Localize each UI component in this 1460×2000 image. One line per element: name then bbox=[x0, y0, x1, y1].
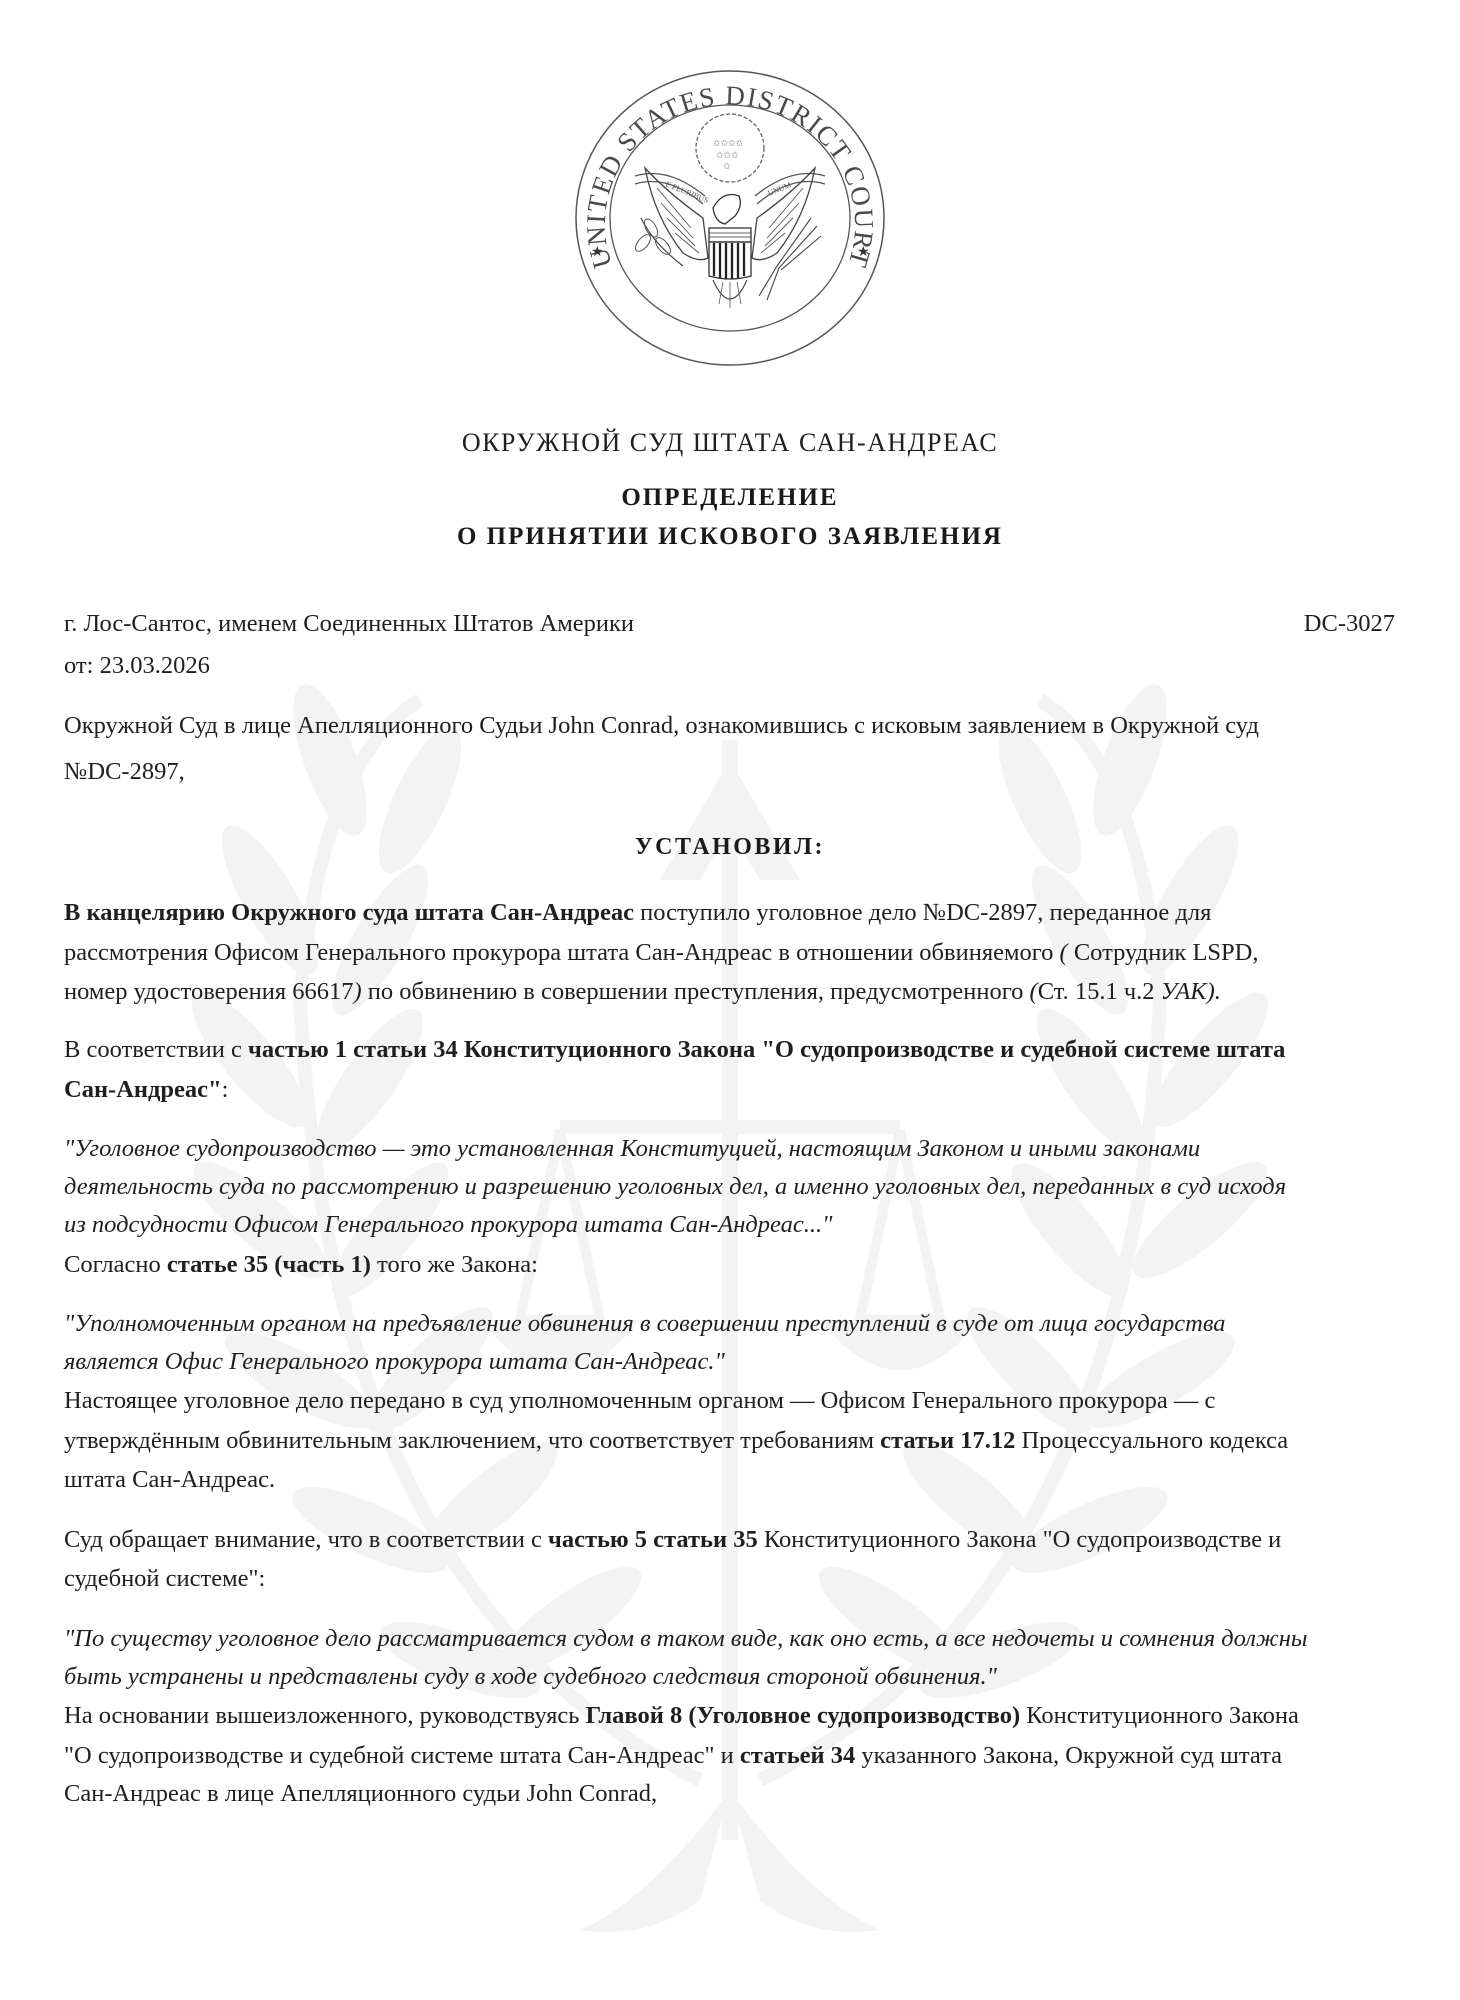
date-value: 23.03.2026 bbox=[100, 652, 210, 679]
court-seal-eagle-icon: UNITED STATES DISTRICT COURT ★ ★ ✩✩✩✩ ✩✩… bbox=[573, 68, 887, 368]
svg-text:✩✩✩✩: ✩✩✩✩ bbox=[713, 138, 744, 148]
quote-text: "Уголовное судопроизводство — это устано… bbox=[64, 1135, 1200, 1162]
p5-line1: Суд обращает внимание, что в соответстви… bbox=[64, 1526, 1281, 1554]
p6-text: Конституционного Закона bbox=[1020, 1702, 1299, 1729]
p1-line2: рассмотрения Офисом Генерального прокуро… bbox=[64, 939, 1259, 967]
svg-text:✩✩✩: ✩✩✩ bbox=[716, 150, 739, 160]
quote2-line1: "Уполномоченным органом на предъявление … bbox=[64, 1310, 1226, 1338]
quote-text: быть устранены и представлены суду в ход… bbox=[64, 1663, 997, 1690]
p1-line1: В канцелярию Окружного суда штата Сан-Ан… bbox=[64, 899, 1211, 927]
p1-text: рассмотрения Офисом Генерального прокуро… bbox=[64, 939, 1060, 966]
quote3-line1: "По существу уголовное дело рассматривае… bbox=[64, 1625, 1308, 1653]
p4-text: Процессуального кодекса bbox=[1015, 1427, 1288, 1454]
p5-text: Конституционного Закона "О судопроизводс… bbox=[758, 1526, 1282, 1553]
p6-line1: На основании вышеизложенного, руководств… bbox=[64, 1702, 1299, 1730]
p6-text: На основании вышеизложенного, руководств… bbox=[64, 1702, 586, 1729]
quote-text: является Офис Генерального прокурора шта… bbox=[64, 1348, 725, 1375]
p6-text: указанного Закона, Окружной суд штата bbox=[855, 1742, 1282, 1769]
svg-text:★: ★ bbox=[591, 245, 604, 260]
quote1-line2: деятельность суда по рассмотрению и разр… bbox=[64, 1173, 1286, 1201]
p1-paren: ( bbox=[1060, 939, 1068, 966]
p2-bold: Сан-Андреас" bbox=[64, 1076, 222, 1103]
p1-bold: В канцелярию Окружного суда штата Сан-Ан… bbox=[64, 899, 634, 926]
document-title: ОПРЕДЕЛЕНИЕ О ПРИНЯТИИ ИСКОВОГО ЗАЯВЛЕНИ… bbox=[0, 478, 1460, 556]
quote-text: из подсудности Офисом Генерального проку… bbox=[64, 1211, 832, 1238]
p5-text: Суд обращает внимание, что в соответстви… bbox=[64, 1526, 548, 1553]
p6-bold: Главой 8 (Уголовное судопроизводство) bbox=[586, 1702, 1021, 1729]
quote1-line1: "Уголовное судопроизводство — это устано… bbox=[64, 1135, 1200, 1163]
quote2-line2: является Офис Генерального прокурора шта… bbox=[64, 1348, 725, 1376]
intro-line1: Окружной Суд в лице Апелляционного Судьи… bbox=[64, 712, 1259, 740]
p5-bold: частью 5 статьи 35 bbox=[548, 1526, 758, 1553]
p2-bold: частью 1 статьи 34 Конституционного Зако… bbox=[248, 1036, 1285, 1063]
p1-text: поступило уголовное дело №DC-2897, перед… bbox=[634, 899, 1211, 926]
p1-paren: ( bbox=[1030, 978, 1038, 1005]
seal-ring-text: UNITED STATES DISTRICT COURT bbox=[581, 80, 880, 272]
p1-code: УАК bbox=[1161, 978, 1207, 1005]
p3-bold: статье 35 (часть 1) bbox=[167, 1251, 371, 1278]
p5-line2: судебной системе": bbox=[64, 1565, 265, 1593]
p6-line2: "О судопроизводстве и судебной системе ш… bbox=[64, 1742, 1282, 1770]
p6-text: "О судопроизводстве и судебной системе ш… bbox=[64, 1742, 740, 1769]
p2-line1: В соответствии с частью 1 статьи 34 Конс… bbox=[64, 1036, 1285, 1064]
p1-text: по обвинению в совершении преступления, … bbox=[362, 978, 1030, 1005]
p4-line3: штата Сан-Андреас. bbox=[64, 1466, 275, 1494]
p6-line3: Сан-Андреас в лице Апелляционного судьи … bbox=[64, 1780, 657, 1808]
quote-text: "Уполномоченным органом на предъявление … bbox=[64, 1310, 1226, 1337]
p1-text: номер удостоверения 66617 bbox=[64, 978, 353, 1005]
p3-line: Согласно статье 35 (часть 1) того же Зак… bbox=[64, 1251, 538, 1279]
court-ruling-document: UNITED STATES DISTRICT COURT ★ ★ ✩✩✩✩ ✩✩… bbox=[0, 0, 1460, 2000]
p1-paren: ) bbox=[353, 978, 361, 1005]
svg-text:UNITED STATES DISTRICT COURT: UNITED STATES DISTRICT COURT bbox=[581, 80, 880, 272]
p2-line2: Сан-Андреас": bbox=[64, 1076, 228, 1104]
p1-line3: номер удостоверения 66617) по обвинению … bbox=[64, 978, 1221, 1006]
date-label: от: bbox=[64, 652, 93, 679]
quote-text: деятельность суда по рассмотрению и разр… bbox=[64, 1173, 1286, 1200]
section-title-ustanovil: УСТАНОВИЛ: bbox=[0, 834, 1460, 861]
date-line: от: 23.03.2026 bbox=[64, 652, 210, 680]
p4-bold: статьи 17.12 bbox=[880, 1427, 1015, 1454]
intro-line2: №DC-2897, bbox=[64, 758, 185, 786]
case-number: DC-3027 bbox=[1304, 610, 1395, 638]
p1-end: ). bbox=[1207, 978, 1221, 1005]
p3-text: того же Закона: bbox=[371, 1251, 538, 1278]
p4-line2: утверждённым обвинительным заключением, … bbox=[64, 1427, 1288, 1455]
quote-text: "По существу уголовное дело рассматривае… bbox=[64, 1625, 1308, 1652]
seal-motto-right: UNUM bbox=[766, 180, 792, 198]
quote1-line3: из подсудности Офисом Генерального проку… bbox=[64, 1211, 832, 1239]
p1-text: Сотрудник LSPD, bbox=[1068, 939, 1259, 966]
svg-text:★: ★ bbox=[857, 245, 870, 260]
p4-line1: Настоящее уголовное дело передано в суд … bbox=[64, 1387, 1215, 1415]
p2-text: : bbox=[222, 1076, 229, 1103]
p4-text: утверждённым обвинительным заключением, … bbox=[64, 1427, 880, 1454]
p2-text: В соответствии с bbox=[64, 1036, 248, 1063]
document-title-line2: О ПРИНЯТИИ ИСКОВОГО ЗАЯВЛЕНИЯ bbox=[0, 517, 1460, 556]
court-name: ОКРУЖНОЙ СУД ШТАТА САН-АНДРЕАС bbox=[0, 428, 1460, 458]
place-line: г. Лос-Сантос, именем Соединенных Штатов… bbox=[64, 610, 634, 638]
quote3-line2: быть устранены и представлены суду в ход… bbox=[64, 1663, 997, 1691]
svg-text:✩: ✩ bbox=[723, 161, 731, 171]
p6-bold: статьей 34 bbox=[740, 1742, 855, 1769]
p1-text: Ст. 15.1 ч.2 bbox=[1038, 978, 1161, 1005]
p3-text: Согласно bbox=[64, 1251, 167, 1278]
document-title-line1: ОПРЕДЕЛЕНИЕ bbox=[0, 478, 1460, 517]
